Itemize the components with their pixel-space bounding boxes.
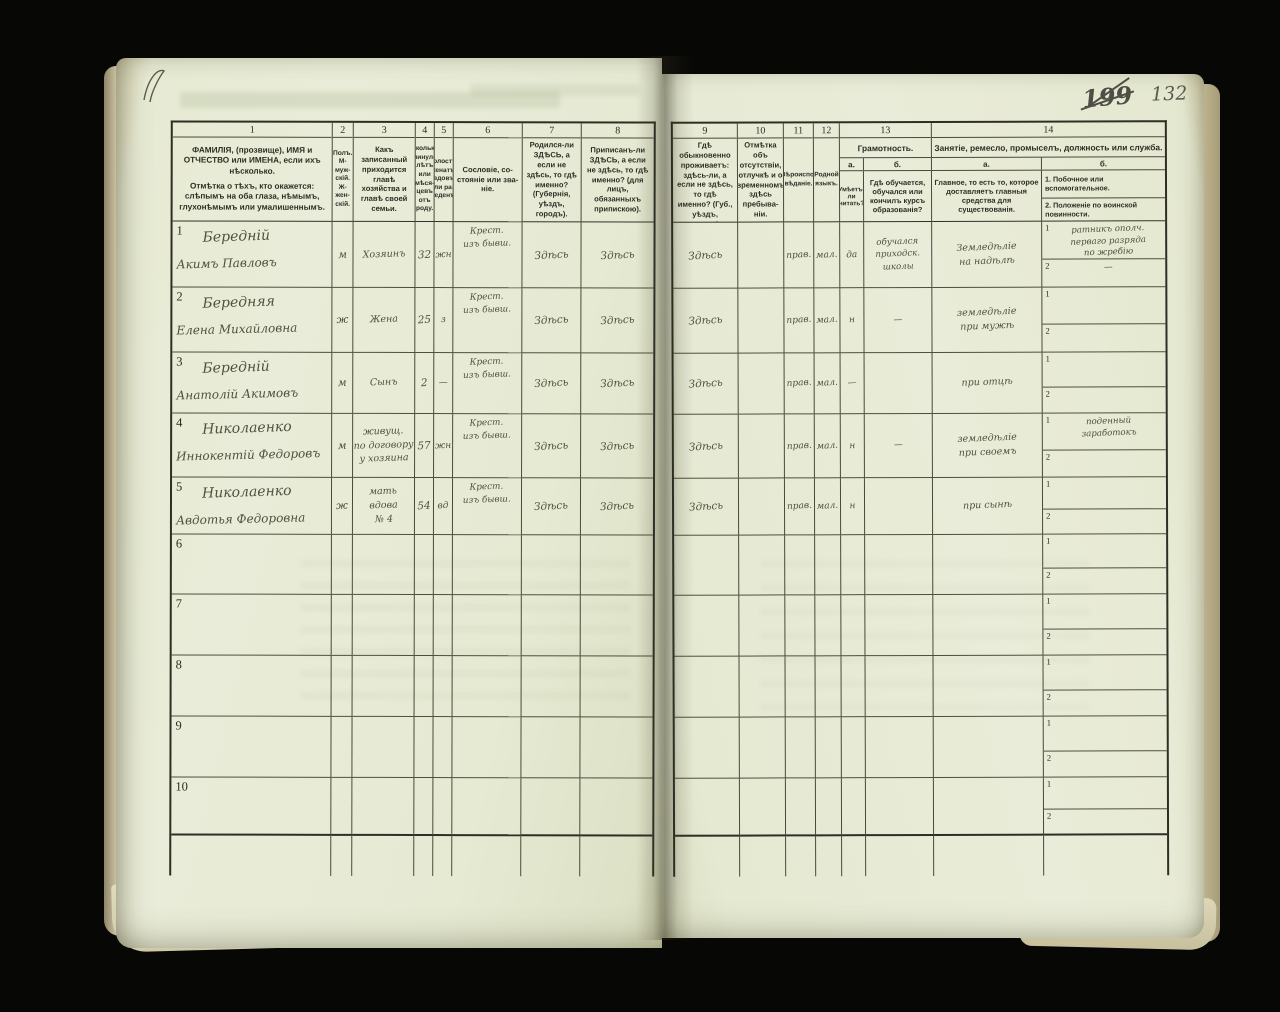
handwritten-entry: Здѣсь xyxy=(581,478,653,535)
handwritten-entry: — xyxy=(864,288,932,353)
handwritten-entry: Сынъ xyxy=(353,353,415,414)
cell-occupation-side: 12 xyxy=(1043,534,1166,594)
empty-cell xyxy=(581,535,653,595)
cell-education: — xyxy=(865,414,933,478)
sub-label-b: б. xyxy=(864,158,931,170)
header-text: Отмѣтка объ отсутствіи, отлучкѣ и о врем… xyxy=(738,138,783,221)
cell-name: 1БереднійАкимъ Павловъ xyxy=(172,221,332,287)
col-number: 12 xyxy=(814,123,839,138)
empty-cell xyxy=(675,718,740,779)
side-occupation-subcell: 1 xyxy=(1043,655,1166,690)
col-number: 4 xyxy=(416,123,434,138)
header-text: Умѣетъ-ли читать? xyxy=(840,171,864,221)
cell-estate: Крест. изъ бывш. xyxy=(453,222,522,288)
cell-sex: ж xyxy=(332,288,353,353)
row-number: 9 xyxy=(176,719,182,734)
handwritten-entry: Здѣсь xyxy=(522,288,581,353)
grid-line-overshoot xyxy=(842,836,866,876)
cell-registered-here: Здѣсь xyxy=(581,414,653,478)
handwritten-entry: н xyxy=(841,478,865,535)
header-text: Родился-ли ЗДѢСЬ, а если не здѣсь, то гд… xyxy=(523,138,581,221)
handwritten-entry xyxy=(1054,510,1164,515)
empty-cell xyxy=(353,595,415,656)
cell-marital: вд xyxy=(434,478,453,535)
handwritten-entry: Крест. изъ бывш. xyxy=(453,414,522,478)
cell-education xyxy=(865,478,933,535)
handwritten-entry xyxy=(1055,751,1165,756)
cell-registered-here: Здѣсь xyxy=(581,353,653,414)
handwritten-entry xyxy=(1054,568,1164,573)
cell-occupation-side: 12 xyxy=(1042,287,1165,352)
empty-cell xyxy=(675,779,740,837)
handwritten-entry: Авдотья Федоровна xyxy=(176,510,331,528)
cell-sex: м xyxy=(332,222,353,288)
handwritten-entry: Елена Михайловна xyxy=(176,320,331,338)
cell-occupation-main: Земледѣліе на надѣлѣ xyxy=(932,222,1042,288)
handwritten-entry: Здѣсь xyxy=(522,414,581,478)
handwritten-entry: 57 xyxy=(415,414,434,477)
cell-education xyxy=(865,353,933,414)
row-number: 6 xyxy=(176,537,182,552)
handwritten-entry: Бередняя xyxy=(202,292,331,312)
handwritten-entry: обучался приходск. школы xyxy=(864,222,932,288)
cell-language: мал. xyxy=(815,414,841,478)
empty-cell xyxy=(452,778,521,836)
printed-sub-label: 1 xyxy=(1047,779,1051,789)
cell-estate: Крест. изъ бывш. xyxy=(453,288,522,353)
header-col-4: 4 Сколько минуло лѣтъ или мѣся-цевъ отъ … xyxy=(416,123,435,222)
cell-resides-here: Здѣсь xyxy=(674,415,739,479)
cell-born-here: Здѣсь xyxy=(522,414,581,478)
handwritten-entry: — xyxy=(1053,259,1163,276)
empty-cell xyxy=(331,778,352,836)
handwritten-entry: земледѣліе при своемъ xyxy=(933,414,1043,478)
empty-cell xyxy=(785,595,815,656)
empty-cell xyxy=(522,656,581,717)
empty-cell xyxy=(739,656,785,717)
grid-line-overshoot xyxy=(171,835,331,875)
printed-sub-label: 2 xyxy=(1047,752,1051,762)
cell-absence-note xyxy=(739,353,785,414)
handwritten-entry: 32 xyxy=(415,222,434,287)
empty-cell xyxy=(521,717,580,778)
cell-marital: з xyxy=(434,288,453,353)
cell-resides-here: Здѣсь xyxy=(674,479,739,536)
cell-language: мал. xyxy=(815,353,841,414)
handwritten-entry: м xyxy=(332,414,353,477)
cell-name: 10 xyxy=(171,777,331,835)
header-text: Гдѣ обыкновенно проживаетъ: здѣсь-ли, а … xyxy=(673,139,737,223)
handwritten-entry xyxy=(1055,690,1165,695)
handwritten-entry: прав. xyxy=(785,414,815,478)
empty-cell xyxy=(934,717,1044,778)
cell-religion: прав. xyxy=(785,478,815,535)
empty-cell xyxy=(674,657,739,718)
handwritten-entry: мал. xyxy=(815,478,841,535)
cell-language: мал. xyxy=(814,288,840,353)
side-occupation-subcell: 1поденный заработокъ xyxy=(1043,413,1166,450)
header-col-9: 9 Гдѣ обыкновенно проживаетъ: здѣсь-ли, … xyxy=(673,124,738,223)
header-text: Родной языкъ. xyxy=(814,138,839,221)
cell-occupation-side: 12 xyxy=(1043,352,1166,413)
handwritten-entry: прав. xyxy=(784,222,814,288)
printed-sub-label: 2 xyxy=(1047,811,1051,821)
handwritten-entry xyxy=(865,353,933,414)
grid-line-overshoot xyxy=(866,836,934,876)
empty-cell xyxy=(522,595,581,656)
handwritten-entry xyxy=(1054,387,1164,392)
military-duty-subcell: 2 xyxy=(1043,387,1166,413)
header-text: Отмѣтка о тѣхъ, кто окажется: слѣпымъ на… xyxy=(176,181,329,213)
cell-occupation-side: 12 xyxy=(1043,477,1166,534)
header-col-10: 10 Отмѣтка объ отсутствіи, отлучкѣ и о в… xyxy=(738,123,784,222)
side-occupation-subcell: 1 xyxy=(1043,594,1166,629)
grid-line-overshoot xyxy=(1044,835,1167,875)
header-col-11: 11 Вѣроиспо-вѣданіе. xyxy=(784,123,814,222)
empty-cell xyxy=(786,717,816,778)
empty-cell xyxy=(816,717,842,778)
handwritten-entry xyxy=(738,222,784,288)
empty-cell xyxy=(933,656,1043,717)
header-text: Гдѣ обучается, обучался или кончилъ курс… xyxy=(864,171,931,221)
header-text: Какъ записанный приходится главѣ хозяйст… xyxy=(354,138,415,221)
handwritten-entry: Здѣсь xyxy=(522,222,581,288)
handwritten-entry xyxy=(1054,629,1164,634)
empty-cell xyxy=(815,656,841,717)
handwritten-entry: прав. xyxy=(785,478,815,535)
sub-label-a: а. xyxy=(932,158,1042,170)
cell-estate: Крест. изъ бывш. xyxy=(453,478,522,535)
cell-name: 4НиколаенкоИннокентій Федоровъ xyxy=(172,413,332,477)
handwritten-entry xyxy=(865,478,933,535)
handwritten-entry xyxy=(1053,287,1163,292)
cell-language: мал. xyxy=(815,478,841,535)
handwritten-entry: м xyxy=(332,222,353,287)
empty-cell xyxy=(353,535,415,595)
handwritten-entry: Здѣсь xyxy=(522,353,581,414)
group-title-occupation: Занятіе, ремесло, промыселъ, должность и… xyxy=(932,137,1165,158)
empty-cell xyxy=(415,656,434,717)
empty-cell xyxy=(674,596,739,657)
printed-sub-label: 2 xyxy=(1046,570,1050,580)
empty-cell xyxy=(934,778,1044,836)
cell-relation: Жена xyxy=(353,288,415,353)
pen-mark xyxy=(138,62,172,106)
header-col-5: 5 Холостъ, женатъ, вдовъ или раз-веденъ. xyxy=(435,123,454,222)
empty-cell xyxy=(331,717,352,778)
empty-cell xyxy=(865,656,933,717)
handwritten-entry: ратникъ ополч. перваго разряда по жребію xyxy=(1053,221,1164,259)
empty-cell xyxy=(581,656,653,717)
handwritten-entry: живущ. по договору у хозяина xyxy=(353,414,415,478)
printed-sub-label: 1 xyxy=(1046,354,1050,364)
military-duty-subcell: 2 xyxy=(1044,751,1167,777)
header-text: Сколько минуло лѣтъ или мѣся-цевъ отъ ро… xyxy=(416,138,434,221)
empty-cell xyxy=(816,778,842,836)
row-number: 8 xyxy=(176,658,182,673)
empty-cell xyxy=(433,717,452,778)
handwritten-entry: м xyxy=(332,353,353,413)
cell-name: 6 xyxy=(172,534,332,594)
printed-sub-label: 2 xyxy=(1046,388,1050,398)
cell-name: 8 xyxy=(172,655,332,716)
header-text: Холостъ, женатъ, вдовъ или раз-веденъ. xyxy=(435,138,453,221)
col-number: 8 xyxy=(582,123,654,138)
cell-born-here: Здѣсь xyxy=(522,222,581,288)
cell-age: 54 xyxy=(415,478,434,535)
empty-cell xyxy=(453,656,522,717)
col-number: 7 xyxy=(523,123,581,138)
handwritten-entry xyxy=(1055,810,1165,815)
empty-cell xyxy=(674,536,739,596)
col-number: 11 xyxy=(784,123,813,138)
scanned-census-spread: { "pencil": { "old_page_number": "199", … xyxy=(0,0,1280,1012)
handwritten-entry: ж xyxy=(332,478,353,534)
printed-sub-label: 2 xyxy=(1045,326,1049,336)
handwritten-entry: Николаенко xyxy=(202,482,331,502)
cell-sex: м xyxy=(332,414,353,478)
cell-estate: Крест. изъ бывш. xyxy=(453,353,522,414)
handwritten-entry xyxy=(739,353,785,414)
handwritten-entry: н xyxy=(841,414,865,478)
handwritten-entry: мал. xyxy=(815,414,841,478)
page-number: 132 xyxy=(1151,82,1188,105)
handwritten-entry xyxy=(1054,534,1164,539)
printed-sub-label: 2 xyxy=(1046,630,1050,640)
header-text-military-duty: 2. Положеніе по воинской повинности. xyxy=(1042,198,1165,221)
header-col-8: 8 Приписанъ-ли ЗДѢСЬ, а если не здѣсь, т… xyxy=(582,123,654,222)
cell-education: — xyxy=(864,288,932,353)
empty-cell xyxy=(332,535,353,595)
handwritten-entry: 54 xyxy=(415,478,434,534)
cell-can-read: — xyxy=(841,353,865,414)
cell-name: 7 xyxy=(172,594,332,655)
empty-cell xyxy=(841,595,865,656)
cell-absence-note xyxy=(738,288,784,353)
cell-relation: мать вдова № 4 xyxy=(353,478,415,535)
empty-cell xyxy=(580,717,652,778)
cell-registered-here: Здѣсь xyxy=(581,222,653,288)
cell-resides-here: Здѣсь xyxy=(673,223,738,289)
cell-can-read: н xyxy=(841,478,865,535)
row-number: 3 xyxy=(176,355,182,370)
cell-name: 5НиколаенкоАвдотья Федоровна xyxy=(172,477,332,534)
printed-sub-label: 2 xyxy=(1045,260,1049,270)
printed-sub-label: 1 xyxy=(1046,596,1050,606)
printed-sub-label: 1 xyxy=(1045,289,1049,299)
empty-cell xyxy=(785,656,815,717)
handwritten-entry: Николаенко xyxy=(202,418,331,438)
handwritten-entry: при сынѣ xyxy=(933,478,1043,535)
handwritten-entry: Крест. изъ бывш. xyxy=(453,288,522,353)
handwritten-entry: Крест. изъ бывш. xyxy=(453,353,522,414)
handwritten-entry: Жена xyxy=(353,288,415,353)
cell-relation: Хозяинъ xyxy=(353,222,415,288)
empty-cell xyxy=(580,778,652,836)
handwritten-entry xyxy=(1054,477,1164,482)
grid-line-overshoot xyxy=(816,836,842,876)
empty-cell xyxy=(453,595,522,656)
cell-can-read: н xyxy=(841,414,865,478)
col-number: 2 xyxy=(333,123,353,138)
sub-label-a: а. xyxy=(840,158,864,170)
printed-sub-label: 1 xyxy=(1046,657,1050,667)
grid-line-overshoot xyxy=(352,836,414,876)
empty-cell xyxy=(352,717,414,778)
printed-sub-label: 2 xyxy=(1046,451,1050,461)
header-col-3: 3 Какъ записанный приходится главѣ хозяй… xyxy=(354,123,416,222)
military-duty-subcell: 2 xyxy=(1043,510,1166,534)
cell-religion: прав. xyxy=(784,222,814,288)
empty-cell xyxy=(866,717,934,778)
header-text: Главное, то есть то, которое доставляетъ… xyxy=(932,171,1042,221)
cell-language: мал. xyxy=(814,222,840,288)
empty-cell xyxy=(434,535,453,595)
grid-line-overshoot xyxy=(786,836,816,876)
empty-cell xyxy=(815,595,841,656)
handwritten-entry: Крест. изъ бывш. xyxy=(453,222,522,288)
empty-cell xyxy=(786,778,816,836)
side-occupation-subcell: 1 xyxy=(1044,777,1167,810)
handwritten-entry: Здѣсь xyxy=(581,353,653,414)
sub-label-b: б. xyxy=(1042,157,1165,169)
handwritten-entry: прав. xyxy=(785,353,815,414)
empty-cell xyxy=(841,535,865,595)
empty-cell xyxy=(933,595,1043,656)
side-occupation-subcell: 1 xyxy=(1044,716,1167,751)
military-duty-subcell: 2 xyxy=(1044,810,1167,834)
printed-sub-label: 1 xyxy=(1046,479,1050,489)
cell-occupation-side: 12 xyxy=(1044,777,1167,835)
grid-line-overshoot xyxy=(934,836,1044,876)
handwritten-entry: Бередній xyxy=(202,226,331,246)
cell-age: 32 xyxy=(415,222,434,288)
printed-sub-label: 2 xyxy=(1047,691,1051,701)
handwritten-entry xyxy=(738,288,784,353)
cell-name: 9 xyxy=(171,716,331,777)
empty-cell xyxy=(452,717,521,778)
cell-estate: Крест. изъ бывш. xyxy=(453,414,522,478)
empty-cell xyxy=(933,535,1043,595)
cell-age: 25 xyxy=(415,288,434,353)
cell-occupation-side: 12 xyxy=(1043,655,1166,716)
empty-cell xyxy=(433,778,452,836)
cell-absence-note xyxy=(738,222,784,288)
empty-cell xyxy=(740,778,786,836)
empty-cell xyxy=(522,535,581,595)
header-text: Вѣроиспо-вѣданіе. xyxy=(784,138,813,221)
handwritten-entry: жн xyxy=(434,222,453,287)
row-number: 4 xyxy=(176,416,182,431)
empty-cell xyxy=(352,778,414,836)
col-number: 10 xyxy=(738,123,783,138)
handwritten-entry: да xyxy=(840,222,864,288)
handwritten-entry: Здѣсь xyxy=(674,354,739,415)
empty-cell xyxy=(865,535,933,595)
col-number: 3 xyxy=(354,123,415,138)
side-occupation-subcell: 1ратникъ ополч. перваго разряда по жребі… xyxy=(1042,221,1165,259)
census-table-left-page: 1 ФАМИЛІЯ, (прозвище), ИМЯ и ОТЧЕСТВО ил… xyxy=(169,120,656,876)
cell-sex: м xyxy=(332,353,353,414)
cell-marital: жн xyxy=(434,222,453,288)
cell-age: 2 xyxy=(415,353,434,414)
handwritten-entry xyxy=(1054,352,1164,357)
col-number: 5 xyxy=(435,123,453,138)
cell-registered-here: Здѣсь xyxy=(581,288,653,353)
cell-occupation-main: земледѣліе при своемъ xyxy=(933,414,1043,478)
col-number: 9 xyxy=(673,124,737,139)
header-text: ФАМИЛІЯ, (прозвище), ИМЯ и ОТЧЕСТВО или … xyxy=(176,145,329,177)
military-duty-subcell: 2— xyxy=(1042,259,1165,287)
handwritten-entry xyxy=(1055,777,1165,782)
empty-cell xyxy=(332,595,353,656)
side-occupation-subcell: 1 xyxy=(1042,287,1165,324)
handwritten-entry: н xyxy=(840,288,864,353)
grid-line-overshoot xyxy=(452,836,521,876)
cell-occupation-side: 1поденный заработокъ2 xyxy=(1043,413,1166,477)
cell-name: 2БередняяЕлена Михайловна xyxy=(172,287,332,352)
header-text: Сословіе, со-стояніе или зва-ніе. xyxy=(454,138,522,221)
handwritten-entry xyxy=(1054,450,1164,455)
handwritten-entry: ж xyxy=(332,288,353,352)
cell-can-read: да xyxy=(840,222,864,288)
cell-occupation-main: при отцѣ xyxy=(933,353,1043,414)
printed-sub-label: 1 xyxy=(1046,415,1050,425)
handwritten-entry: 2 xyxy=(415,353,434,413)
empty-cell xyxy=(414,717,433,778)
empty-cell xyxy=(414,778,433,836)
header-col-2: 2 Полъ. М-муж-скій. Ж-жен-скій. xyxy=(333,123,354,222)
handwritten-entry: Здѣсь xyxy=(674,415,739,479)
cell-occupation-main: при сынѣ xyxy=(933,478,1043,535)
cell-resides-here: Здѣсь xyxy=(674,354,739,415)
empty-cell xyxy=(865,595,933,656)
cell-religion: прав. xyxy=(785,414,815,478)
census-table-right-page: 9 Гдѣ обыкновенно проживаетъ: здѣсь-ли, … xyxy=(671,120,1169,877)
handwritten-entry: Здѣсь xyxy=(581,288,653,353)
handwritten-entry: мать вдова № 4 xyxy=(353,478,415,535)
handwritten-entry: при отцѣ xyxy=(933,353,1043,414)
handwritten-entry xyxy=(739,478,785,535)
row-number: 10 xyxy=(175,780,188,795)
handwritten-entry xyxy=(1053,324,1163,329)
handwritten-entry: Акимъ Павловъ xyxy=(176,254,331,272)
cell-born-here: Здѣсь xyxy=(522,288,581,353)
header-col-7: 7 Родился-ли ЗДѢСЬ, а если не здѣсь, то … xyxy=(523,123,582,222)
cell-religion: прав. xyxy=(784,288,814,353)
cell-religion: прав. xyxy=(785,353,815,414)
grid-line-overshoot xyxy=(521,836,580,876)
cell-marital: жн xyxy=(434,414,453,478)
empty-cell xyxy=(841,656,865,717)
header-col-14-group: 14 Занятіе, ремесло, промыселъ, должност… xyxy=(932,122,1165,222)
side-occupation-subcell: 1 xyxy=(1043,534,1166,569)
cell-education: обучался приходск. школы xyxy=(864,222,932,288)
header-text: Приписанъ-ли ЗДѢСЬ, а если не здѣсь, то … xyxy=(582,138,654,221)
military-duty-subcell: 2 xyxy=(1042,324,1165,351)
group-title-literacy: Грамотность. xyxy=(840,138,931,158)
printed-sub-label: 1 xyxy=(1045,223,1049,233)
handwritten-entry: — xyxy=(865,414,933,478)
cell-age: 57 xyxy=(415,414,434,478)
cell-relation: Сынъ xyxy=(353,353,415,414)
header-col-1: 1 ФАМИЛІЯ, (прозвище), ИМЯ и ОТЧЕСТВО ил… xyxy=(173,122,333,221)
header-text-side-occupation: 1. Побочное или вспомогательное. xyxy=(1042,170,1165,198)
cell-marital: — xyxy=(434,353,453,414)
handwritten-entry: Здѣсь xyxy=(673,289,738,354)
cell-absence-note xyxy=(739,414,785,478)
handwritten-entry: мал. xyxy=(814,288,840,353)
